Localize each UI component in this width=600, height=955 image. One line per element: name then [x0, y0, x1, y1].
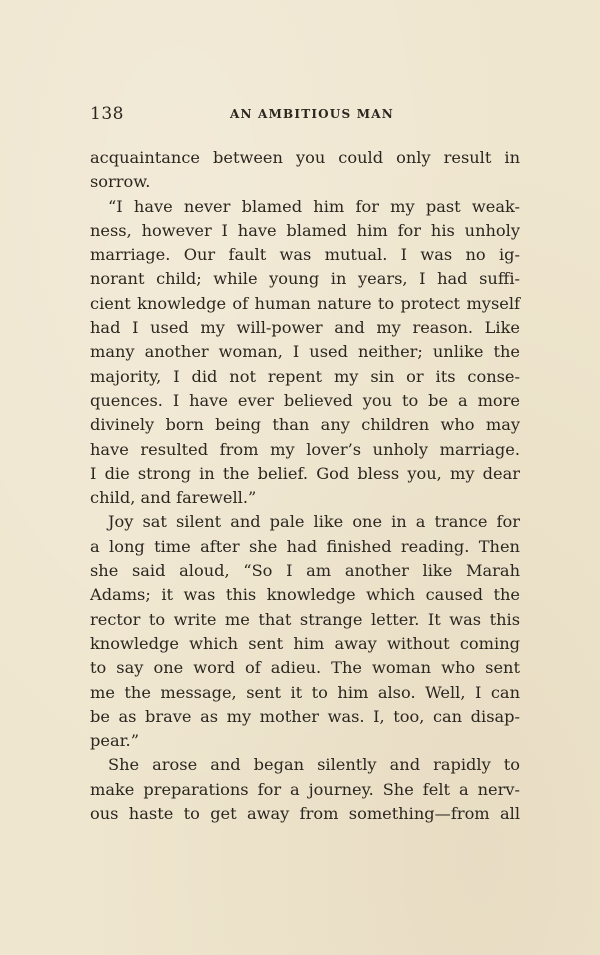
- text-line: cient knowledge of human nature to prote…: [90, 292, 520, 316]
- text-line: norant child; while young in years, I ha…: [90, 267, 520, 291]
- text-line: She arose and began silently and rapidly…: [90, 753, 520, 777]
- text-line: be as brave as my mother was. I, too, ca…: [90, 705, 520, 729]
- text-line: child, and farewell.”: [90, 486, 520, 510]
- text-line: divinely born being than any children wh…: [90, 413, 520, 437]
- text-line: me the message, sent it to him also. Wel…: [90, 681, 520, 705]
- text-line: make preparations for a journey. She fel…: [90, 778, 520, 802]
- book-page: 138 AN AMBITIOUS MAN acquaintance betwee…: [0, 0, 600, 955]
- text-line: pear.”: [90, 729, 520, 753]
- text-line: “I have never blamed him for my past wea…: [90, 195, 520, 219]
- text-line: Joy sat silent and pale like one in a tr…: [90, 510, 520, 534]
- text-line: ous haste to get away from something—fro…: [90, 802, 520, 826]
- text-line: have resulted from my lover’s unholy mar…: [90, 438, 520, 462]
- text-line: acquaintance between you could only resu…: [90, 146, 520, 170]
- text-line: sorrow.: [90, 170, 520, 194]
- text-line: Adams; it was this knowledge which cause…: [90, 583, 520, 607]
- text-line: had I used my will-power and my reason. …: [90, 316, 520, 340]
- running-title: AN AMBITIOUS MAN: [230, 107, 394, 121]
- text-line: majority, I did not repent my sin or its…: [90, 365, 520, 389]
- text-line: I die strong in the belief. God bless yo…: [90, 462, 520, 486]
- text-line: many another woman, I used neither; unli…: [90, 340, 520, 364]
- body-text: acquaintance between you could only resu…: [90, 146, 520, 826]
- text-line: a long time after she had finished readi…: [90, 535, 520, 559]
- text-line: she said aloud, “So I am another like Ma…: [90, 559, 520, 583]
- text-line: to say one word of adieu. The woman who …: [90, 656, 520, 680]
- page-number: 138: [90, 104, 124, 124]
- text-line: quences. I have ever believed you to be …: [90, 389, 520, 413]
- text-line: rector to write me that strange letter. …: [90, 608, 520, 632]
- text-line: knowledge which sent him away without co…: [90, 632, 520, 656]
- running-head: 138 AN AMBITIOUS MAN: [90, 104, 520, 128]
- text-line: ness, however I have blamed him for his …: [90, 219, 520, 243]
- text-line: marriage. Our fault was mutual. I was no…: [90, 243, 520, 267]
